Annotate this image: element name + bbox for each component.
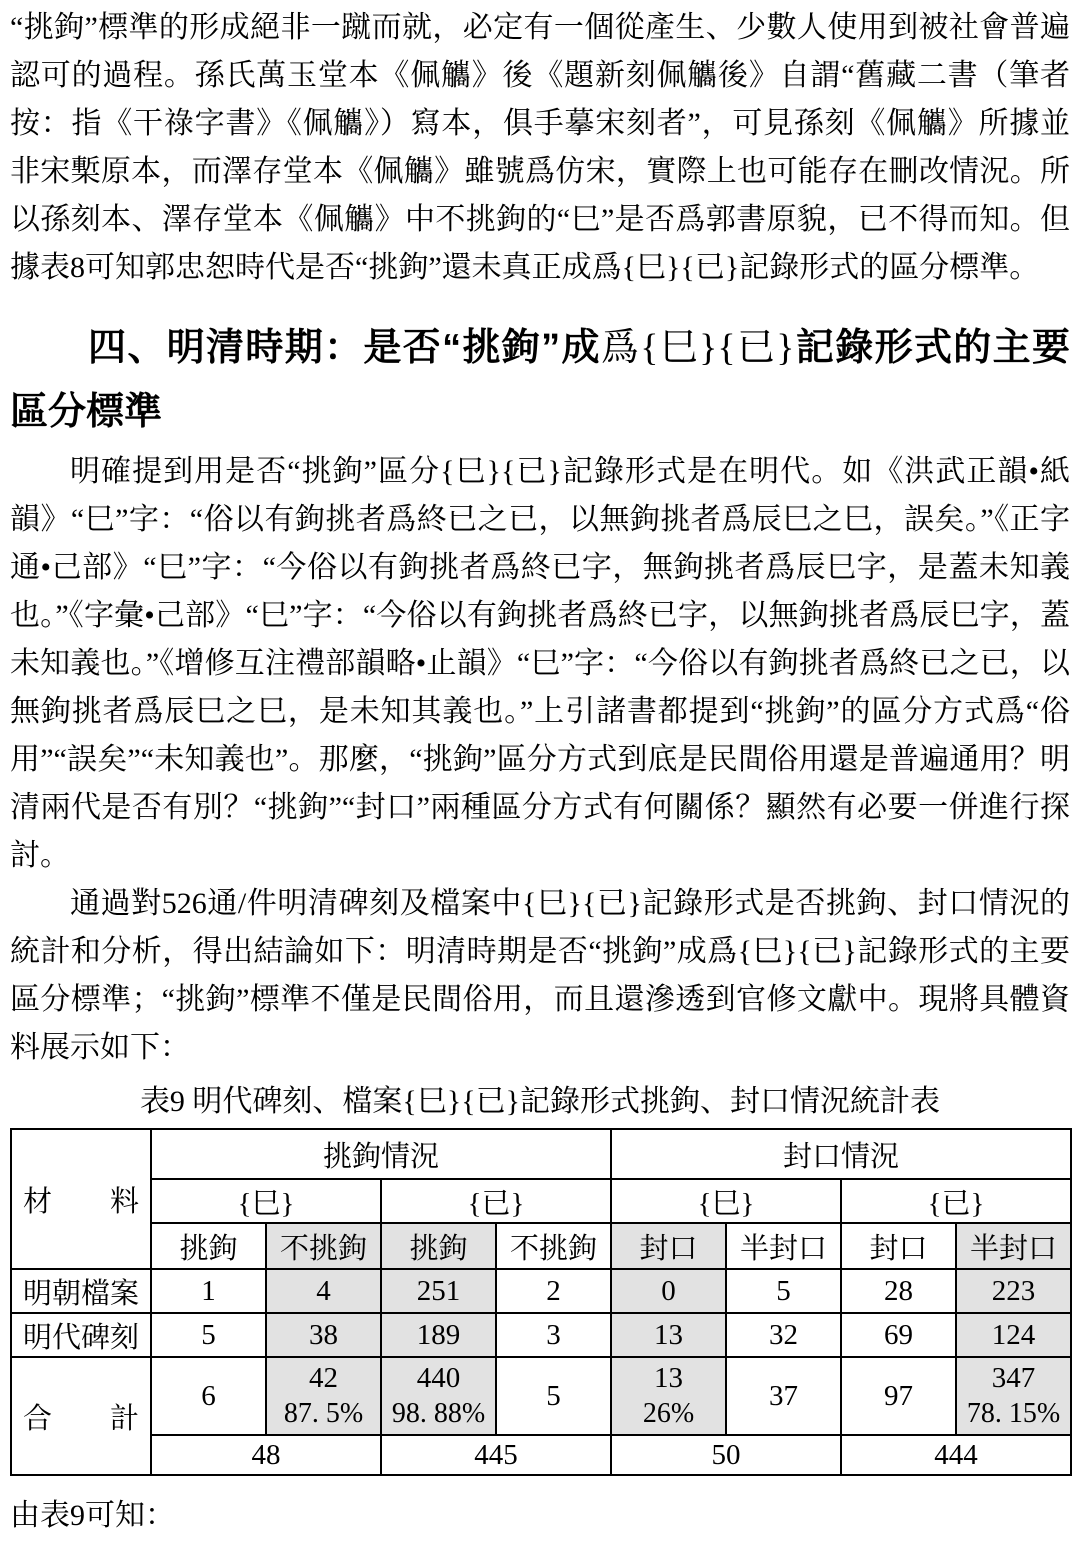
- table-row-column-headers: 挑鉤 不挑鉤 挑鉤 不挑鉤 封口 半封口 封口 半封口: [11, 1223, 1071, 1269]
- subgroup-yi-2: {已}: [841, 1179, 1071, 1223]
- total-percent: 26%: [612, 1396, 725, 1432]
- table-row-group-headers: 材 料 挑鉤情況 封口情況: [11, 1129, 1071, 1179]
- cell-value: 69: [841, 1313, 956, 1357]
- cell-value: 0: [611, 1269, 726, 1313]
- heading-serif-middle: 爲{巳}{已}: [601, 327, 795, 369]
- col-header-butiaogou-1: 不挑鉤: [266, 1223, 381, 1269]
- col-header-tiaogou-2: 挑鉤: [381, 1223, 496, 1269]
- cell-value: 189: [381, 1313, 496, 1357]
- row-label-ming-archives: 明朝檔案: [11, 1269, 151, 1313]
- paragraph-2: 明確提到用是否“挑鉤”區分{巳}{已}記錄形式是在明代。如《洪武正韻•紙韻》“巳…: [10, 448, 1070, 880]
- cell-value: 28: [841, 1269, 956, 1313]
- document-page: “挑鉤”標準的形成絕非一蹴而就，必定有一個從產生、少數人使用到被社會普遍認可的過…: [0, 0, 1080, 1538]
- total-cell: 97: [841, 1357, 956, 1435]
- total-percent: 87. 5%: [267, 1396, 380, 1432]
- total-cell: 440 98. 88%: [381, 1357, 496, 1435]
- section-heading: 四、明清時期：是否“挑鉤”成爲{巳}{已}記錄形式的主要區分標準: [10, 316, 1070, 444]
- col-header-banfengkou-2: 半封口: [956, 1223, 1071, 1269]
- row-label-total: 合 計: [11, 1357, 151, 1475]
- table-row-ming-archives: 明朝檔案 1 4 251 2 0 5 28 223: [11, 1269, 1071, 1313]
- total-cell: 13 26%: [611, 1357, 726, 1435]
- cell-value: 2: [496, 1269, 611, 1313]
- statistics-table: 材 料 挑鉤情況 封口情況 {巳} {已} {巳} {已} 挑鉤 不挑鉤 挑鉤 …: [10, 1128, 1072, 1476]
- subgroup-si-2: {巳}: [611, 1179, 841, 1223]
- total-count: 13: [612, 1360, 725, 1396]
- cell-value: 3: [496, 1313, 611, 1357]
- total-count: 440: [382, 1360, 495, 1396]
- total-count: 42: [267, 1360, 380, 1396]
- closing-line: 由表9可知：: [10, 1494, 1070, 1538]
- grand-total-cell: 50: [611, 1435, 841, 1475]
- cell-value: 251: [381, 1269, 496, 1313]
- grand-total-cell: 445: [381, 1435, 611, 1475]
- table-row-total: 合 計 6 42 87. 5% 440 98. 88% 5 13 26% 37 …: [11, 1357, 1071, 1435]
- total-cell: 6: [151, 1357, 266, 1435]
- cell-value: 4: [266, 1269, 381, 1313]
- total-cell: 37: [726, 1357, 841, 1435]
- grand-total-cell: 444: [841, 1435, 1071, 1475]
- cell-value: 38: [266, 1313, 381, 1357]
- total-cell: 42 87. 5%: [266, 1357, 381, 1435]
- col-header-fengkou-1: 封口: [611, 1223, 726, 1269]
- cell-value: 223: [956, 1269, 1071, 1313]
- group-header-tiaogou: 挑鉤情況: [151, 1129, 611, 1179]
- table-row-subgroup-headers: {巳} {已} {巳} {已}: [11, 1179, 1071, 1223]
- total-percent: 78. 15%: [957, 1396, 1070, 1432]
- paragraph-3: 通過對526通/件明清碑刻及檔案中{巳}{已}記錄形式是否挑鉤、封口情況的統計和…: [10, 880, 1070, 1072]
- table-row-ming-steles: 明代碑刻 5 38 189 3 13 32 69 124: [11, 1313, 1071, 1357]
- group-header-fengkou: 封口情況: [611, 1129, 1071, 1179]
- cell-value: 1: [151, 1269, 266, 1313]
- col-header-banfengkou-1: 半封口: [726, 1223, 841, 1269]
- table-row-grand-totals: 48 445 50 444: [11, 1435, 1071, 1475]
- cell-value: 13: [611, 1313, 726, 1357]
- subgroup-si-1: {巳}: [151, 1179, 381, 1223]
- subgroup-yi-1: {已}: [381, 1179, 611, 1223]
- table-caption: 表9 明代碑刻、檔案{巳}{已}記錄形式挑鉤、封口情況統計表: [10, 1082, 1070, 1122]
- total-count: 347: [957, 1360, 1070, 1396]
- corner-material-label: 材 料: [11, 1129, 151, 1269]
- total-percent: 98. 88%: [382, 1396, 495, 1432]
- cell-value: 5: [726, 1269, 841, 1313]
- col-header-fengkou-2: 封口: [841, 1223, 956, 1269]
- cell-value: 124: [956, 1313, 1071, 1357]
- row-label-ming-steles: 明代碑刻: [11, 1313, 151, 1357]
- paragraph-1: “挑鉤”標準的形成絕非一蹴而就，必定有一個從產生、少數人使用到被社會普遍認可的過…: [10, 4, 1070, 292]
- col-header-tiaogou-1: 挑鉤: [151, 1223, 266, 1269]
- total-cell: 347 78. 15%: [956, 1357, 1071, 1435]
- grand-total-cell: 48: [151, 1435, 381, 1475]
- col-header-butiaogou-2: 不挑鉤: [496, 1223, 611, 1269]
- total-cell: 5: [496, 1357, 611, 1435]
- cell-value: 32: [726, 1313, 841, 1357]
- heading-bold-start: 四、明清時期：是否“挑鉤”成: [88, 327, 601, 369]
- cell-value: 5: [151, 1313, 266, 1357]
